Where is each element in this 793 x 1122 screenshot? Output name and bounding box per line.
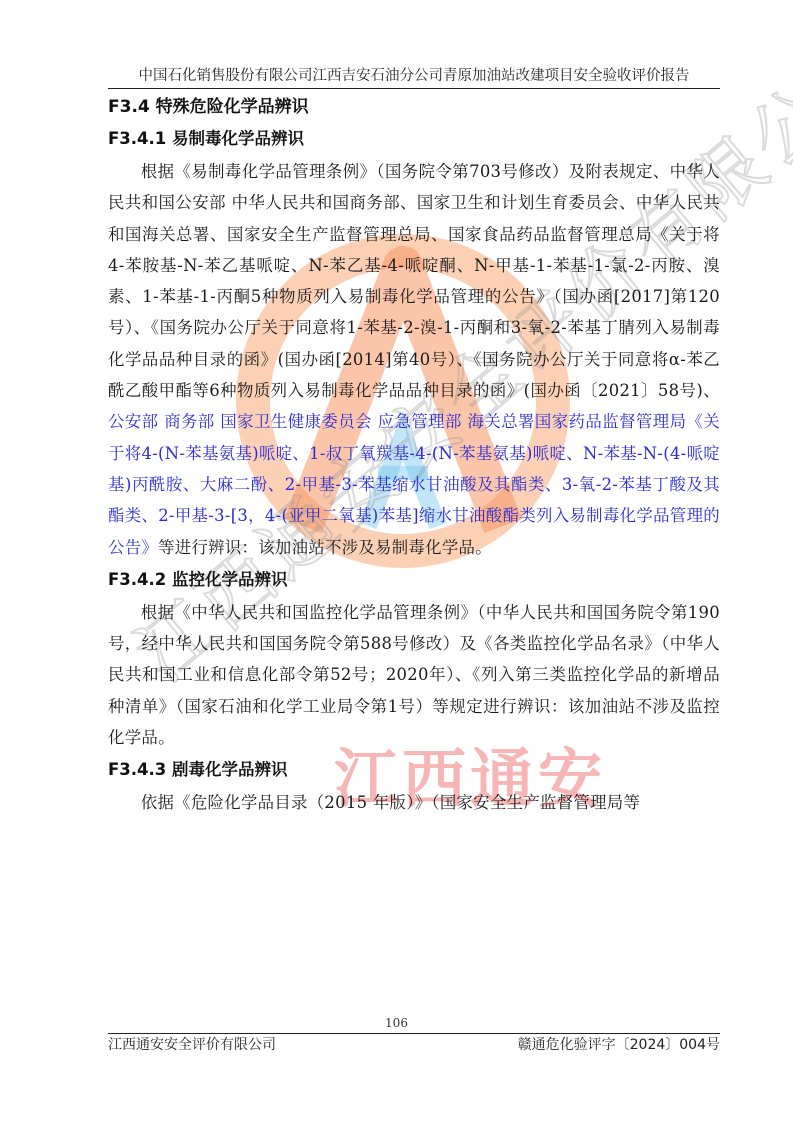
page-header: 中国石化销售股份有限公司江西吉安石油分公司青原加油站改建项目安全验收评价报告 [108,66,720,89]
paragraph-text: 根据《易制毒化学品管理条例》（国务院令第703号修改）及附表规定、中华人民共和国… [108,162,720,400]
paragraph-conclusion: 等进行辨识：该加油站不涉及易制毒化学品。 [158,538,492,557]
page-number: 106 [0,1016,793,1030]
section-heading-f3-4-1: F3.4.1 易制毒化学品辨识 [108,122,720,156]
section-heading-f3-4-3: F3.4.3 剧毒化学品辨识 [108,753,720,787]
section-heading-f3-4: F3.4 特殊危险化学品辨识 [108,92,720,122]
paragraph-monitored-chemicals: 根据《中华人民共和国监控化学品管理条例》（中华人民共和国国务院令第190号，经中… [108,597,720,753]
section-heading-f3-4-2: F3.4.2 监控化学品辨识 [108,563,720,597]
page-footer: 江西通安安全评价有限公司 赣通危化验评字〔2024〕004号 [108,1033,720,1056]
document-page: 江西通安安全评价有限公司 江西通安 中国石化销售股份有限公司江西吉安石油分公司青… [0,0,793,1122]
highlighted-regulation-text: 公安部 商务部 国家卫生健康委员会 应急管理部 海关总署国家药品监督管理局《关于… [108,412,720,556]
paragraph-toxic-chemicals: 依据《危险化学品目录（2015 年版）》（国家安全生产监督管理局等 [108,787,720,818]
paragraph-precursor-chemicals: 根据《易制毒化学品管理条例》（国务院令第703号修改）及附表规定、中华人民共和国… [108,156,720,563]
footer-doc-number: 赣通危化验评字〔2024〕004号 [518,1034,720,1056]
footer-company: 江西通安安全评价有限公司 [108,1034,276,1056]
document-body: F3.4 特殊危险化学品辨识 F3.4.1 易制毒化学品辨识 根据《易制毒化学品… [108,92,720,819]
